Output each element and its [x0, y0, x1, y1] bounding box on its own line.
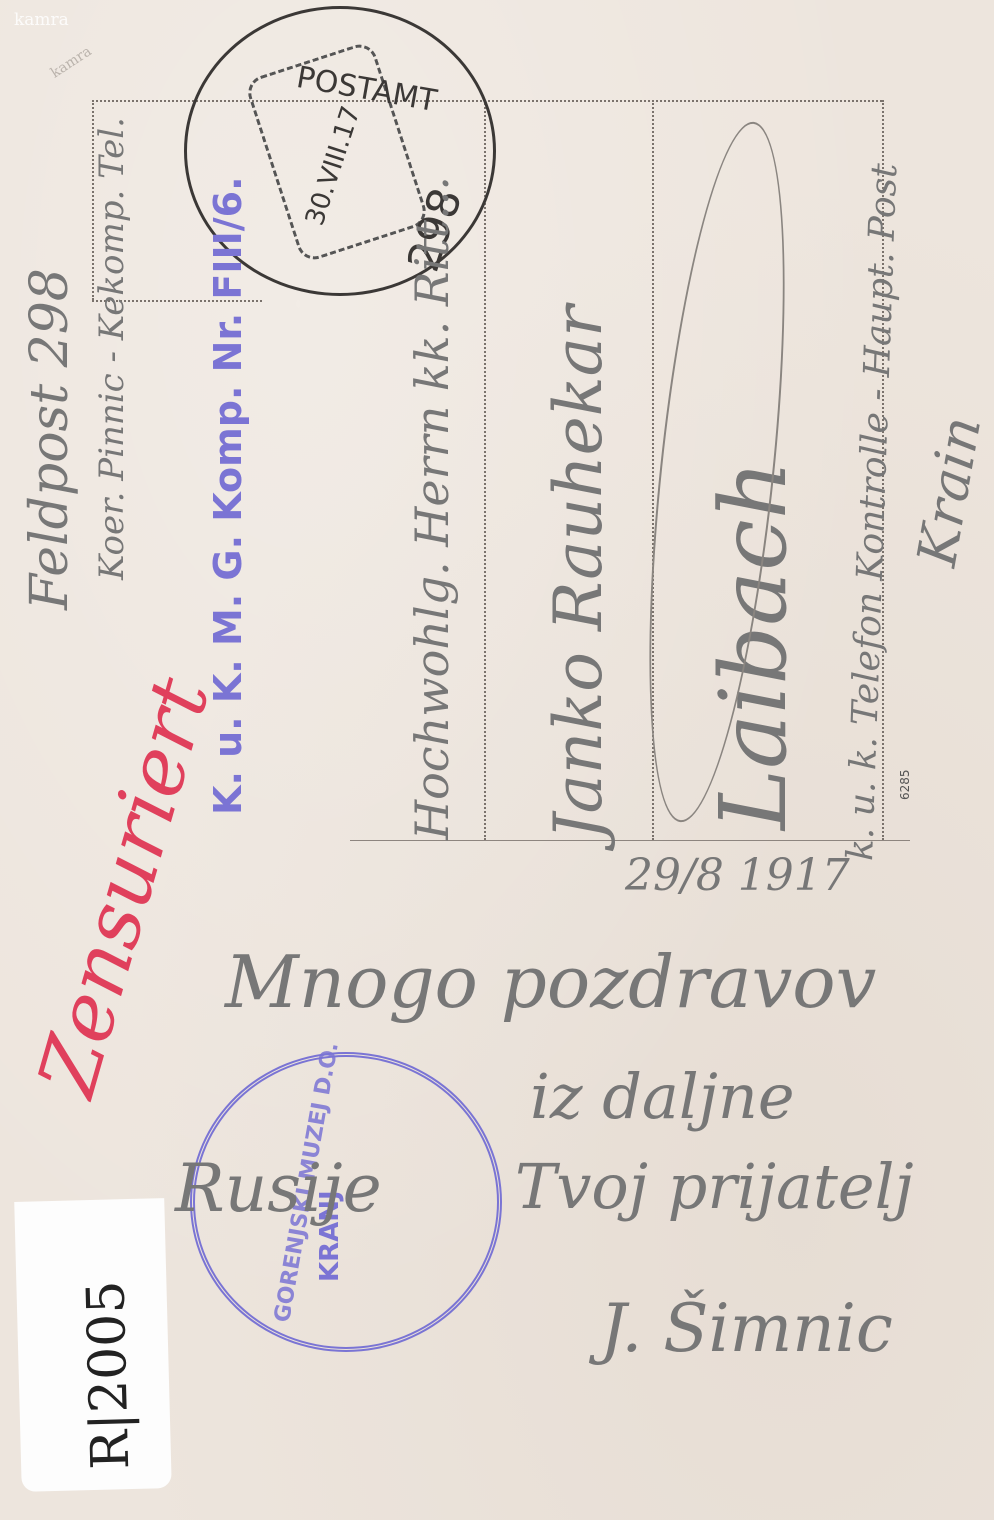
message-line-3: Rusije	[175, 1150, 382, 1227]
sender-line-2: Koer. Pinnic - Kekomp. Tel.	[92, 117, 132, 580]
scan-edge	[994, 0, 1000, 1520]
address-region: Krain	[905, 412, 993, 571]
message-signature: J. Šimnic	[600, 1290, 893, 1367]
postcard-back: kamra kamra Feldpost 298 Koer. Pinnic - …	[0, 0, 996, 1520]
inventory-label: R|2005	[14, 1198, 172, 1492]
sender-line-1: Feldpost 298	[20, 268, 80, 610]
message-line-1: Mnogo pozdravov	[225, 940, 876, 1024]
date-written: 29/8 1917	[625, 850, 850, 901]
address-recipient-name: Janko Rauhekar	[540, 305, 617, 840]
watermark-secondary: kamra	[48, 43, 95, 81]
printer-number: 6285	[898, 769, 912, 800]
censor-signature: Zensuriert	[20, 668, 228, 1106]
message-line-4: Tvoj prijatelj	[515, 1150, 914, 1223]
address-line-salutation: Hochwohlg. Herrn kk. Ritt...	[405, 176, 459, 840]
message-line-2: iz daljne	[530, 1060, 795, 1133]
watermark: kamra	[14, 10, 69, 30]
divider-line	[350, 840, 910, 841]
address-institution: k. u. k. Telefon Kontrolle - Haupt. Post	[840, 163, 905, 862]
inventory-number: R|2005	[76, 1280, 141, 1471]
address-line-1	[484, 100, 486, 840]
